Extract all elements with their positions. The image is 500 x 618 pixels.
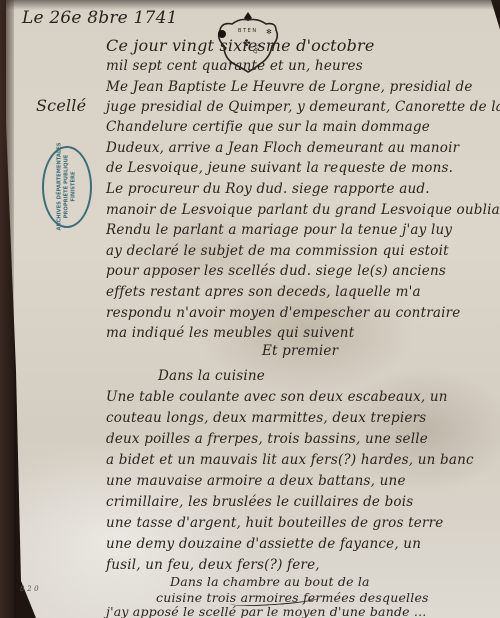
kitchen-line: Une table coulante avec son deux escabea… xyxy=(106,389,448,405)
body-line: pour apposer les scellés dud. siege le(s… xyxy=(106,263,446,279)
left-edge-shadow xyxy=(0,0,14,618)
body-line: effets restant apres son deceds, laquell… xyxy=(106,284,421,300)
stamp-line-2: PROPRIÉTÉ PUBLIQUE xyxy=(64,143,71,231)
body-line: Chandelure certifie que sur la main domm… xyxy=(106,119,430,135)
kitchen-line: une tasse d'argent, huit bouteilles de g… xyxy=(106,515,443,531)
margin-note: Scellé xyxy=(36,96,86,115)
chamber-heading: Dans la chambre au bout de la xyxy=(170,574,370,589)
body-line: mil sept cent quarante et un, heures xyxy=(106,58,363,74)
kitchen-line: a bidet et un mauvais lit aux fers(?) ha… xyxy=(106,452,474,468)
body-line: Rendu le parlant a mariage pour la tenue… xyxy=(106,222,452,238)
body-line: ma indiqué les meubles qui suivent xyxy=(106,325,354,341)
section-premier: Et premier xyxy=(262,343,338,359)
body-line: respondu n'avoir moyen d'empescher au co… xyxy=(106,305,460,321)
kitchen-line: deux poilles a frerpes, trois bassins, u… xyxy=(106,431,428,447)
body-line: ay declaré le subjet de ma commission qu… xyxy=(106,243,449,259)
archives-stamp: ARCHIVES DÉPARTEMENTALES PROPRIÉTÉ PUBLI… xyxy=(42,146,92,228)
kitchen-heading: Dans la cuisine xyxy=(158,368,265,384)
chamber-line: j'ay apposé le scellé par le moyen d'une… xyxy=(106,604,426,618)
stamp-line-1: ARCHIVES DÉPARTEMENTALES xyxy=(56,143,63,231)
kitchen-line: crimillaire, les bruslées le cuillaires … xyxy=(106,494,413,510)
body-line: Le procureur du Roy dud. siege rapporte … xyxy=(106,181,430,197)
svg-text:✻: ✻ xyxy=(266,28,272,36)
body-line: Ce jour vingt sixiesme d'octobre xyxy=(106,36,375,55)
date-heading: Le 26e 8bre 1741 xyxy=(22,8,178,28)
kitchen-line: fusil, un feu, deux fers(?) fere, xyxy=(106,557,320,573)
body-line: Me Jean Baptiste Le Heuvre de Lorgne, pr… xyxy=(106,79,473,95)
svg-text:B T E N: B T E N xyxy=(238,28,256,34)
stamp-line-3: FINISTÈRE xyxy=(71,143,78,231)
kitchen-line: une mauvaise armoire a deux battans, une xyxy=(106,473,406,489)
body-line: de Lesvoique, jeune suivant la requeste … xyxy=(106,160,453,176)
manuscript-photo: Le 26e 8bre 1741 B T E N DEX ✤ ✻ Scellé … xyxy=(0,0,500,618)
body-line: manoir de Lesvoique parlant du grand Les… xyxy=(106,202,500,218)
kitchen-line: couteau longs, deux marmittes, deux trep… xyxy=(106,410,426,426)
body-line: Dudeux, arrive a Jean Floch demeurant au… xyxy=(106,140,459,156)
body-line: juge presidial de Quimper, y demeurant, … xyxy=(106,99,500,115)
kitchen-line: une demy douzaine d'assiette de fayance,… xyxy=(106,536,421,552)
pencil-note: 8 2 0 xyxy=(20,585,39,593)
